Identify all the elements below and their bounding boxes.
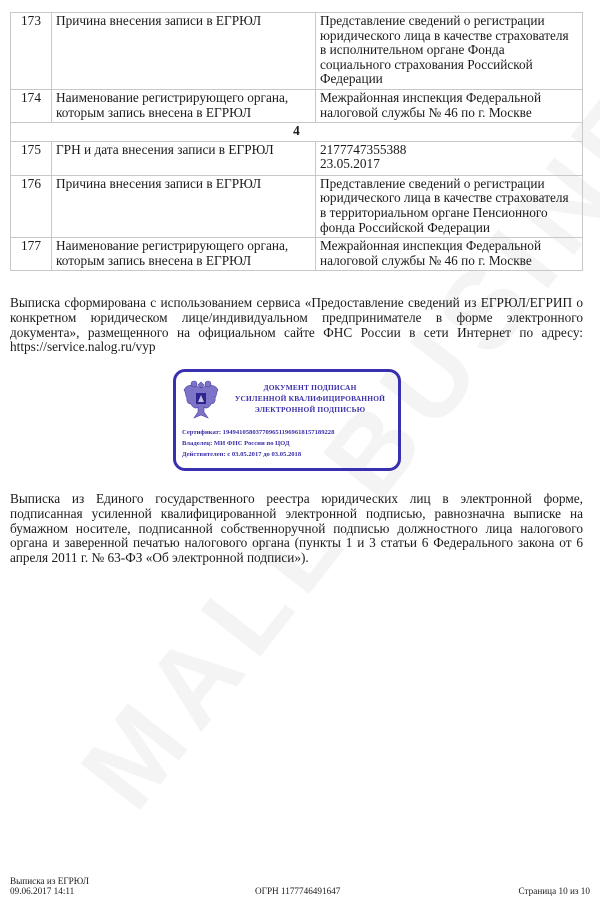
footer-datetime: 09.06.2017 14:11 [10, 886, 89, 896]
field-value: Представление сведений о регистрации юри… [316, 175, 583, 237]
field-value: Представление сведений о регистрации юри… [316, 13, 583, 90]
table-row: 173 Причина внесения записи в ЕГРЮЛ Пред… [11, 13, 583, 90]
row-number: 175 [11, 141, 52, 175]
electronic-signature-stamp: ДОКУМЕНТ ПОДПИСАН УСИЛЕННОЙ КВАЛИФИЦИРОВ… [173, 369, 401, 471]
table-row: 176 Причина внесения записи в ЕГРЮЛ Пред… [11, 175, 583, 237]
egrul-records-table: 173 Причина внесения записи в ЕГРЮЛ Пред… [10, 12, 583, 271]
field-value: 2177747355388 23.05.2017 [316, 141, 583, 175]
field-name: Наименование регистрирующего органа, кот… [52, 238, 316, 271]
certificate-validity: Действителен: с 03.05.2017 до 03.05.2018 [182, 449, 334, 460]
table-row: 177 Наименование регистрирующего органа,… [11, 238, 583, 271]
certificate-number: Сертификат: 1949410580377096511969618157… [182, 427, 334, 438]
stamp-info: Сертификат: 1949410580377096511969618157… [182, 427, 334, 460]
footer-ogrn: ОГРН 1177746491647 [255, 886, 340, 896]
field-name: Наименование регистрирующего органа, кот… [52, 89, 316, 122]
legal-notice-paragraph: Выписка из Единого государственного реес… [10, 492, 583, 566]
row-number: 177 [11, 238, 52, 271]
field-name: Причина внесения записи в ЕГРЮЛ [52, 175, 316, 237]
footer-left: Выписка из ЕГРЮЛ 09.06.2017 14:11 [10, 876, 89, 896]
field-value: Межрайонная инспекция Федеральной налого… [316, 238, 583, 271]
stamp-heading-line: ЭЛЕКТРОННОЙ ПОДПИСЬЮ [226, 404, 394, 415]
stamp-heading: ДОКУМЕНТ ПОДПИСАН УСИЛЕННОЙ КВАЛИФИЦИРОВ… [226, 382, 394, 415]
grn-date: 23.05.2017 [320, 157, 578, 172]
russian-coat-of-arms-icon [181, 376, 221, 422]
page-footer: Выписка из ЕГРЮЛ 09.06.2017 14:11 ОГРН 1… [10, 876, 590, 900]
field-name: Причина внесения записи в ЕГРЮЛ [52, 13, 316, 90]
footer-page-number: Страница 10 из 10 [519, 886, 590, 896]
section-number: 4 [11, 123, 583, 142]
table-row: 174 Наименование регистрирующего органа,… [11, 89, 583, 122]
table-row: 175 ГРН и дата внесения записи в ЕГРЮЛ 2… [11, 141, 583, 175]
certificate-owner: Владелец: МИ ФНС России по ЦОД [182, 438, 334, 449]
row-number: 176 [11, 175, 52, 237]
stamp-heading-line: УСИЛЕННОЙ КВАЛИФИЦИРОВАННОЙ [226, 393, 394, 404]
row-number: 174 [11, 89, 52, 122]
footer-doc-name: Выписка из ЕГРЮЛ [10, 876, 89, 886]
grn-value: 2177747355388 [320, 143, 578, 158]
field-value: Межрайонная инспекция Федеральной налого… [316, 89, 583, 122]
field-name: ГРН и дата внесения записи в ЕГРЮЛ [52, 141, 316, 175]
row-number: 173 [11, 13, 52, 90]
section-header-row: 4 [11, 123, 583, 142]
stamp-heading-line: ДОКУМЕНТ ПОДПИСАН [226, 382, 394, 393]
service-notice-paragraph: Выписка сформирована с использованием се… [10, 296, 583, 355]
